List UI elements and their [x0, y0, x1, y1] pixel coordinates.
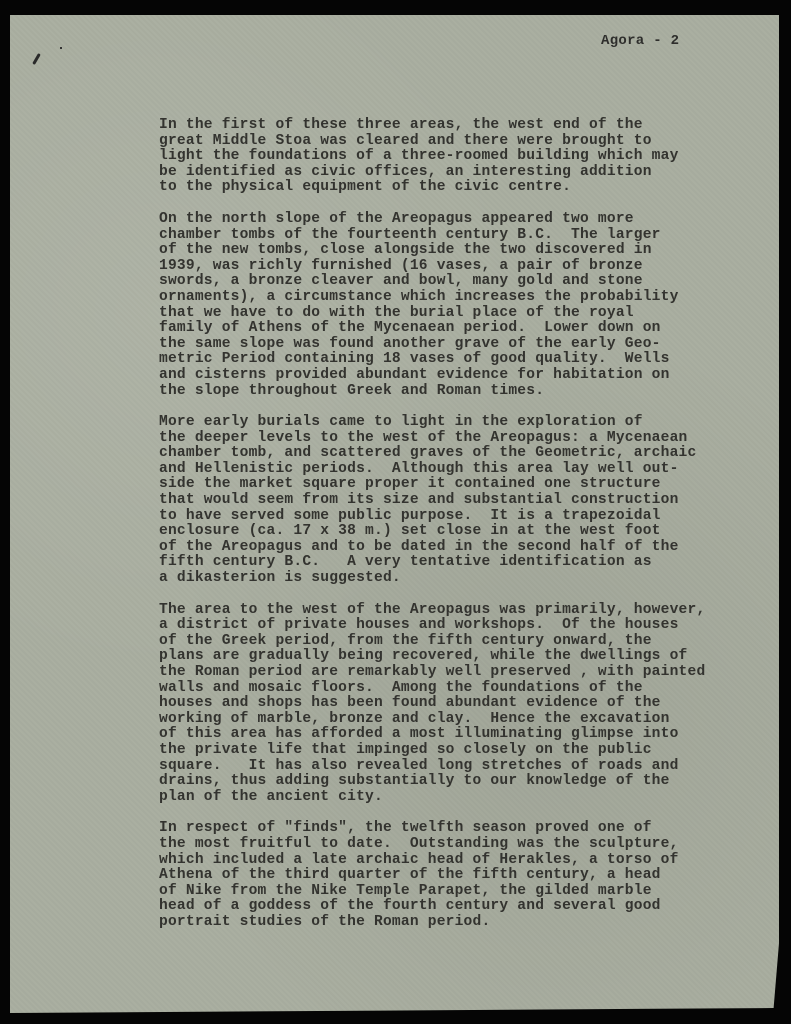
text-line: which included a late archaic head of He…: [159, 853, 729, 869]
text-line: great Middle Stoa was cleared and there …: [159, 134, 729, 150]
text-line: and Hellenistic periods. Although this a…: [159, 462, 729, 478]
text-line: of the Areopagus and to be dated in the …: [159, 540, 729, 556]
ink-speck: [60, 47, 62, 49]
text-line: swords, a bronze cleaver and bowl, many …: [159, 274, 729, 290]
text-line: portrait studies of the Roman period.: [159, 915, 729, 931]
text-line: fifth century B.C. A very tentative iden…: [159, 555, 729, 571]
document-body: In the first of these three areas, the w…: [159, 118, 729, 947]
text-line: The area to the west of the Areopagus wa…: [159, 603, 729, 619]
text-line: of Nike from the Nike Temple Parapet, th…: [159, 884, 729, 900]
text-line: and cisterns provided abundant evidence …: [159, 368, 729, 384]
text-line: In the first of these three areas, the w…: [159, 118, 729, 134]
ink-mark: [32, 53, 41, 65]
text-line: ornaments), a circumstance which increas…: [159, 290, 729, 306]
text-line: chamber tombs of the fourteenth century …: [159, 228, 729, 244]
text-line: a dikasterion is suggested.: [159, 571, 729, 587]
text-line: 1939, was richly furnished (16 vases, a …: [159, 259, 729, 275]
text-line: that would seem from its size and substa…: [159, 493, 729, 509]
text-line: metric Period containing 18 vases of goo…: [159, 352, 729, 368]
text-line: family of Athens of the Mycenaean period…: [159, 321, 729, 337]
text-line: of the Greek period, from the fifth cent…: [159, 634, 729, 650]
text-line: a district of private houses and worksho…: [159, 618, 729, 634]
text-line: working of marble, bronze and clay. Henc…: [159, 712, 729, 728]
paragraph-middle-stoa: In the first of these three areas, the w…: [159, 118, 729, 196]
text-line: walls and mosaic floors. Among the found…: [159, 681, 729, 697]
text-line: the deeper levels to the west of the Are…: [159, 431, 729, 447]
text-line: head of a goddess of the fourth century …: [159, 899, 729, 915]
text-line: enclosure (ca. 17 x 38 m.) set close in …: [159, 524, 729, 540]
text-line: More early burials came to light in the …: [159, 415, 729, 431]
page-label: Agora - 2: [601, 33, 679, 49]
text-line: the same slope was found another grave o…: [159, 337, 729, 353]
text-line: the slope throughout Greek and Roman tim…: [159, 384, 729, 400]
text-line: square. It has also revealed long stretc…: [159, 759, 729, 775]
text-line: houses and shops has been found abundant…: [159, 696, 729, 712]
text-line: side the market square proper it contain…: [159, 477, 729, 493]
text-line: the private life that impinged so closel…: [159, 743, 729, 759]
text-line: light the foundations of a three-roomed …: [159, 149, 729, 165]
text-line: drains, thus adding substantially to our…: [159, 774, 729, 790]
paragraph-private-houses: The area to the west of the Areopagus wa…: [159, 603, 729, 806]
text-line: chamber tomb, and scattered graves of th…: [159, 446, 729, 462]
text-line: be identified as civic offices, an inter…: [159, 165, 729, 181]
paragraph-early-burials: More early burials came to light in the …: [159, 415, 729, 587]
text-line: Athena of the third quarter of the fifth…: [159, 868, 729, 884]
text-line: to the physical equipment of the civic c…: [159, 180, 729, 196]
text-line: plan of the ancient city.: [159, 790, 729, 806]
text-line: plans are gradually being recovered, whi…: [159, 649, 729, 665]
text-line: the most fruitful to date. Outstanding w…: [159, 837, 729, 853]
paragraph-chamber-tombs: On the north slope of the Areopagus appe…: [159, 212, 729, 399]
text-line: In respect of "finds", the twelfth seaso…: [159, 821, 729, 837]
text-line: of this area has afforded a most illumin…: [159, 727, 729, 743]
text-line: On the north slope of the Areopagus appe…: [159, 212, 729, 228]
paragraph-finds: In respect of "finds", the twelfth seaso…: [159, 821, 729, 930]
text-line: the Roman period are remarkably well pre…: [159, 665, 729, 681]
text-line: to have served some public purpose. It i…: [159, 509, 729, 525]
text-line: that we have to do with the burial place…: [159, 306, 729, 322]
text-line: of the new tombs, close alongside the tw…: [159, 243, 729, 259]
